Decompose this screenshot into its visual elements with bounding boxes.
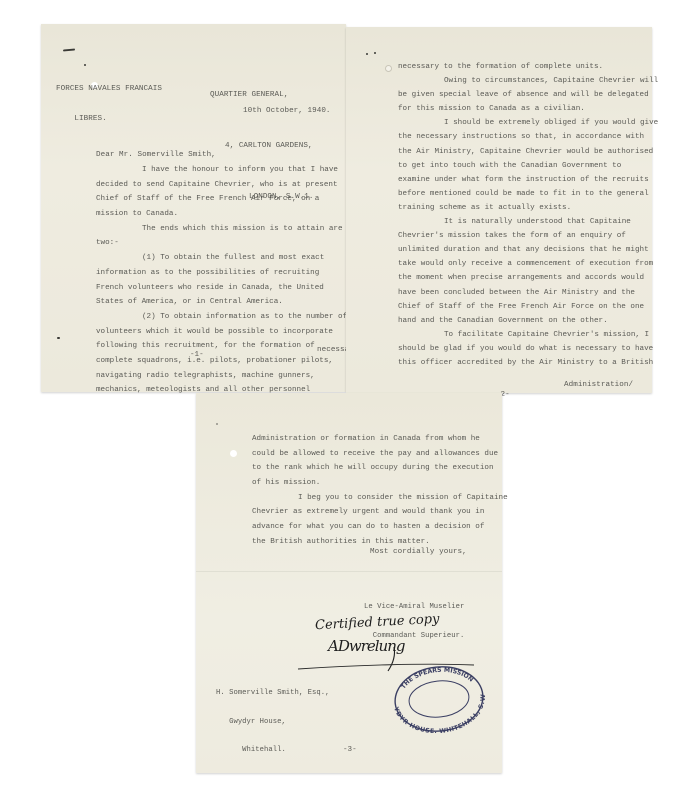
- body-line: be given special leave of absence and wi…: [398, 88, 658, 102]
- closing: Most cordially yours,: [370, 545, 467, 559]
- punch-hole: [385, 65, 392, 72]
- body-line: have been concluded between the Air Mini…: [398, 286, 658, 300]
- body-line: The ends which this mission is to attain…: [96, 222, 347, 237]
- address-line: 4, CARLTON GARDENS,: [210, 138, 314, 155]
- body-line: the Air Ministry, Capitaine Chevrier wou…: [398, 145, 658, 159]
- letter-date: 10th October, 1940.: [243, 104, 331, 118]
- body-line: (2) To obtain information as to the numb…: [96, 310, 347, 325]
- body-line: Chief of Staff of the Free French Air Fo…: [96, 192, 347, 207]
- body-line: two:-: [96, 236, 347, 251]
- body-line: volunteers which it would be possible to…: [96, 325, 347, 340]
- body-line: navigating radio telegraphists, machine …: [96, 369, 347, 384]
- body-line: I have the honour to inform you that I h…: [96, 163, 347, 178]
- body-line: following this recruitment, for the form…: [96, 339, 347, 354]
- punch-hole: [230, 450, 237, 457]
- body-line: could be allowed to receive the pay and …: [252, 447, 508, 462]
- letter-page-2: necessary to the formation of complete u…: [346, 27, 652, 393]
- page-number: -1-: [190, 351, 204, 359]
- signatory-name: Le Vice-Amiral Muselier: [364, 603, 464, 613]
- body-line: information as to the possibilities of r…: [96, 266, 347, 281]
- body-line: It is naturally understood that Capitain…: [398, 215, 658, 229]
- body-line: before mentioned could be made to fit in…: [398, 187, 658, 201]
- letterhead-line: FORCES NAVALES FRANCAIS: [56, 84, 162, 94]
- body-line: necessary to the formation of complete u…: [398, 60, 658, 74]
- body-line: this officer accredited by the Air Minis…: [398, 356, 658, 370]
- body-line: I beg you to consider the mission of Cap…: [252, 491, 508, 506]
- body-line: (1) To obtain the fullest and most exact: [96, 251, 347, 266]
- catchword: Administration/: [564, 378, 633, 392]
- letter-page-1: FORCES NAVALES FRANCAIS LIBRES. QUARTIER…: [41, 24, 346, 392]
- addressee-block: H. Somerville Smith, Esq., Gwydyr House,…: [216, 670, 329, 775]
- body-line: advance for what you can do to hasten a …: [252, 520, 508, 535]
- body-line: complete squadrons, i.e. pilots, probati…: [96, 354, 347, 369]
- addressee-line: Whitehall.: [216, 746, 329, 756]
- body-line: Owing to circumstances, Capitaine Chevri…: [398, 74, 658, 88]
- body-line: French volunteers who reside in Canada, …: [96, 281, 347, 296]
- body-line: hand and the Canadian Government on the …: [398, 314, 658, 328]
- ink-mark: [63, 48, 75, 51]
- body-line: take would only receive a commencement o…: [398, 257, 658, 271]
- body-line: To facilitate Capitaine Chevrier's missi…: [398, 328, 658, 342]
- body-line: I should be extremely obliged if you wou…: [398, 116, 658, 130]
- ink-mark: [374, 52, 376, 54]
- body-line: the necessary instructions so that, in a…: [398, 130, 658, 144]
- letter-body-page-1: I have the honour to inform you that I h…: [96, 163, 347, 398]
- body-line: should be glad if you would do what is n…: [398, 342, 658, 356]
- ink-mark: [57, 337, 60, 339]
- addressee-line: Gwydyr House,: [216, 718, 329, 728]
- body-line: to get into touch with the Canadian Gove…: [398, 159, 658, 173]
- body-line: mission to Canada.: [96, 207, 347, 222]
- letter-body-page-2: necessary to the formation of complete u…: [398, 60, 658, 370]
- body-line: Chevrier's mission takes the form of an …: [398, 229, 658, 243]
- body-line: of his mission.: [252, 476, 508, 491]
- body-line: training scheme as it actually exists.: [398, 201, 658, 215]
- body-line: the moment when precise arrangements and…: [398, 271, 658, 285]
- fold-line: [196, 571, 502, 572]
- body-line: States of America, or in Central America…: [96, 295, 347, 310]
- body-line: Administration or formation in Canada fr…: [252, 432, 508, 447]
- ink-mark: [366, 53, 368, 55]
- letterhead-line: LIBRES.: [56, 114, 162, 124]
- salutation: Dear Mr. Somerville Smith,: [96, 148, 216, 162]
- body-line: Chevrier as extremely urgent and would t…: [252, 505, 508, 520]
- ink-mark: [216, 423, 218, 425]
- body-line: unlimited duration and that any decision…: [398, 243, 658, 257]
- spears-mission-stamp: THE SPEARS MISSION GWYDYR HOUSE, WHITEHA…: [392, 663, 486, 733]
- body-line: examine under what form the instruction …: [398, 173, 658, 187]
- address-line: QUARTIER GENERAL,: [210, 87, 314, 104]
- body-line: decided to send Capitaine Chevrier, who …: [96, 178, 347, 193]
- body-line: Chief of Staff of the Free French Air Fo…: [398, 300, 658, 314]
- letterhead-organisation: FORCES NAVALES FRANCAIS LIBRES.: [56, 64, 162, 144]
- letter-page-3: Administration or formation in Canada fr…: [196, 393, 502, 773]
- letter-body-page-3: Administration or formation in Canada fr…: [252, 432, 508, 550]
- addressee-line: H. Somerville Smith, Esq.,: [216, 689, 329, 699]
- page-number: -3-: [343, 746, 357, 754]
- body-line: for this mission to Canada as a civilian…: [398, 102, 658, 116]
- body-line: to the rank which he will occupy during …: [252, 461, 508, 476]
